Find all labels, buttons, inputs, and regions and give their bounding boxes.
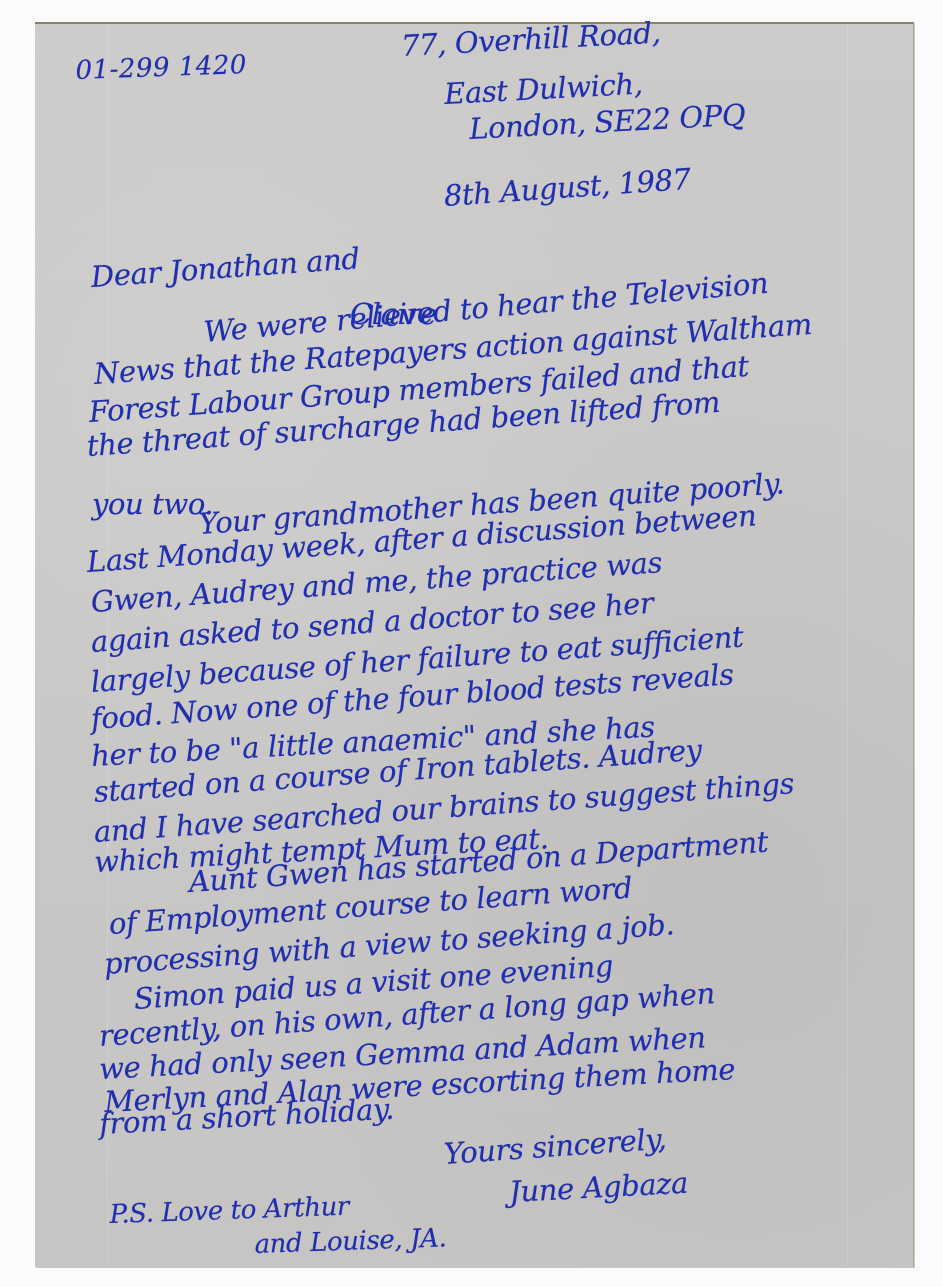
postscript-line-2: and Louise, JA. (254, 1225, 447, 1258)
postscript-line-1: P.S. Love to Arthur (109, 1194, 349, 1228)
body-line: you two. (92, 490, 213, 519)
paper-fold-line (847, 24, 848, 1267)
phone-number: 01-299 1420 (75, 52, 247, 84)
